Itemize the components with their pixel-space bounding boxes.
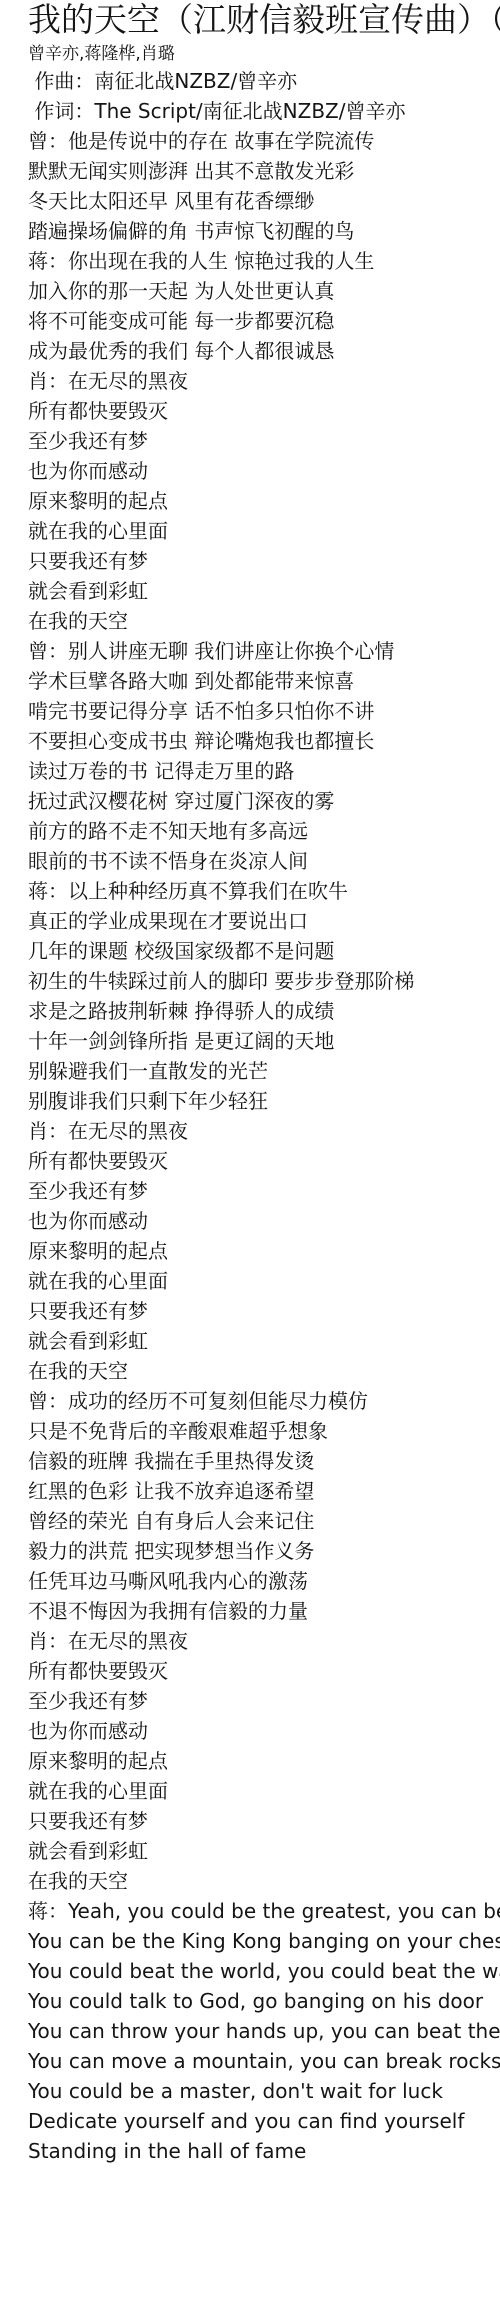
lyric-line: 原来黎明的起点 (28, 1236, 500, 1266)
lyric-line: 踏遍操场偏僻的角 书声惊飞初醒的鸟 (28, 216, 500, 246)
lyric-line: 肖：在无尽的黑夜 (28, 366, 500, 396)
lyric-line: 曾：别人讲座无聊 我们讲座让你换个心情 (28, 636, 500, 666)
lyric-line: 也为你而感动 (28, 456, 500, 486)
lyric-line: 就会看到彩虹 (28, 576, 500, 606)
lyric-line: 前方的路不走不知天地有多高远 (28, 816, 500, 846)
page-title: 我的天空（江财信毅班宣传曲）（翻 (28, 0, 500, 42)
lyric-line: 求是之路披荆斩棘 挣得骄人的成绩 (28, 996, 500, 1026)
lyric-line: 不退不悔因为我拥有信毅的力量 (28, 1596, 500, 1626)
lyric-line: You could be a master, don't wait for lu… (28, 2076, 500, 2106)
lyric-line: 蒋：你出现在我的人生 惊艳过我的人生 (28, 246, 500, 276)
lyric-line: 在我的天空 (28, 606, 500, 636)
lyric-line: 蒋：以上种种经历真不算我们在吹牛 (28, 876, 500, 906)
lyric-line: 原来黎明的起点 (28, 486, 500, 516)
credit-line: 作词：The Script/南征北战NZBZ/曾辛亦 (28, 96, 500, 126)
lyric-line: 啃完书要记得分享 话不怕多只怕你不讲 (28, 696, 500, 726)
lyric-line: 读过万卷的书 记得走万里的路 (28, 756, 500, 786)
lyrics-page: 我的天空（江财信毅班宣传曲）（翻 曾辛亦,蒋隆桦,肖璐 作曲：南征北战NZBZ/… (0, 0, 500, 2320)
credits-list: 作曲：南征北战NZBZ/曾辛亦 作词：The Script/南征北战NZBZ/曾… (28, 66, 500, 126)
lyric-line: 曾：他是传说中的存在 故事在学院流传 (28, 126, 500, 156)
lyric-line: 毅力的洪荒 把实现梦想当作义务 (28, 1536, 500, 1566)
lyric-line: 蒋：Yeah, you could be the greatest, you c… (28, 1896, 500, 1926)
lyric-line: 学术巨擘各路大咖 到处都能带来惊喜 (28, 666, 500, 696)
lyric-line: 眼前的书不读不悟身在炎凉人间 (28, 846, 500, 876)
lyric-line: 只要我还有梦 (28, 1296, 500, 1326)
lyric-line: 冬天比太阳还早 风里有花香缥缈 (28, 186, 500, 216)
lyrics-list: 曾：他是传说中的存在 故事在学院流传默默无闻实则澎湃 出其不意散发光彩冬天比太阳… (28, 126, 500, 2166)
lyric-line: You can move a mountain, you can break r… (28, 2046, 500, 2076)
lyric-line: 别躲避我们一直散发的光芒 (28, 1056, 500, 1086)
artist-names: 曾辛亦,蒋隆桦,肖璐 (28, 42, 500, 66)
lyric-line: 所有都快要毁灭 (28, 1146, 500, 1176)
lyric-line: 就在我的心里面 (28, 1776, 500, 1806)
lyric-line: 几年的课题 校级国家级都不是问题 (28, 936, 500, 966)
lyric-line: 不要担心变成书虫 辩论嘴炮我也都擅长 (28, 726, 500, 756)
lyric-line: 只要我还有梦 (28, 546, 500, 576)
credit-line: 作曲：南征北战NZBZ/曾辛亦 (28, 66, 500, 96)
lyric-line: 只是不免背后的辛酸艰难超乎想象 (28, 1416, 500, 1446)
lyric-line: 加入你的那一天起 为人处世更认真 (28, 276, 500, 306)
lyric-line: 所有都快要毁灭 (28, 1656, 500, 1686)
lyric-line: 肖：在无尽的黑夜 (28, 1626, 500, 1656)
lyric-line: 就在我的心里面 (28, 1266, 500, 1296)
lyric-line: 只要我还有梦 (28, 1806, 500, 1836)
lyric-line: 初生的牛犊踩过前人的脚印 要步步登那阶梯 (28, 966, 500, 996)
lyric-line: 十年一剑剑锋所指 是更辽阔的天地 (28, 1026, 500, 1056)
lyric-line: 肖：在无尽的黑夜 (28, 1116, 500, 1146)
lyric-line: 就会看到彩虹 (28, 1836, 500, 1866)
lyric-line: 至少我还有梦 (28, 1176, 500, 1206)
lyric-line: 红黑的色彩 让我不放弃追逐希望 (28, 1476, 500, 1506)
lyric-line: 默默无闻实则澎湃 出其不意散发光彩 (28, 156, 500, 186)
lyric-line: You can be the King Kong banging on your… (28, 1926, 500, 1956)
lyric-line: 就在我的心里面 (28, 516, 500, 546)
lyric-line: 曾：成功的经历不可复刻但能尽力模仿 (28, 1386, 500, 1416)
lyric-line: 成为最优秀的我们 每个人都很诚恳 (28, 336, 500, 366)
lyric-line: 原来黎明的起点 (28, 1746, 500, 1776)
lyric-line: You can throw your hands up, you can bea… (28, 2016, 500, 2046)
lyric-line: 也为你而感动 (28, 1716, 500, 1746)
lyric-line: 在我的天空 (28, 1356, 500, 1386)
lyric-line: Standing in the hall of fame (28, 2136, 500, 2166)
lyric-line: 真正的学业成果现在才要说出口 (28, 906, 500, 936)
lyric-line: 抚过武汉樱花树 穿过厦门深夜的雾 (28, 786, 500, 816)
lyric-line: 别腹诽我们只剩下年少轻狂 (28, 1086, 500, 1116)
lyric-line: 曾经的荣光 自有身后人会来记住 (28, 1506, 500, 1536)
lyric-line: 将不可能变成可能 每一步都要沉稳 (28, 306, 500, 336)
lyric-line: 至少我还有梦 (28, 1686, 500, 1716)
lyric-line: 在我的天空 (28, 1866, 500, 1896)
lyric-line: 信毅的班牌 我揣在手里热得发烫 (28, 1446, 500, 1476)
lyric-line: 任凭耳边马嘶风吼我内心的激荡 (28, 1566, 500, 1596)
lyric-line: 至少我还有梦 (28, 426, 500, 456)
lyric-line: You could talk to God, go banging on his… (28, 1986, 500, 2016)
lyric-line: You could beat the world, you could beat… (28, 1956, 500, 1986)
lyric-line: 所有都快要毁灭 (28, 396, 500, 426)
lyric-line: 也为你而感动 (28, 1206, 500, 1236)
lyric-line: Dedicate yourself and you can find yours… (28, 2106, 500, 2136)
lyric-line: 就会看到彩虹 (28, 1326, 500, 1356)
